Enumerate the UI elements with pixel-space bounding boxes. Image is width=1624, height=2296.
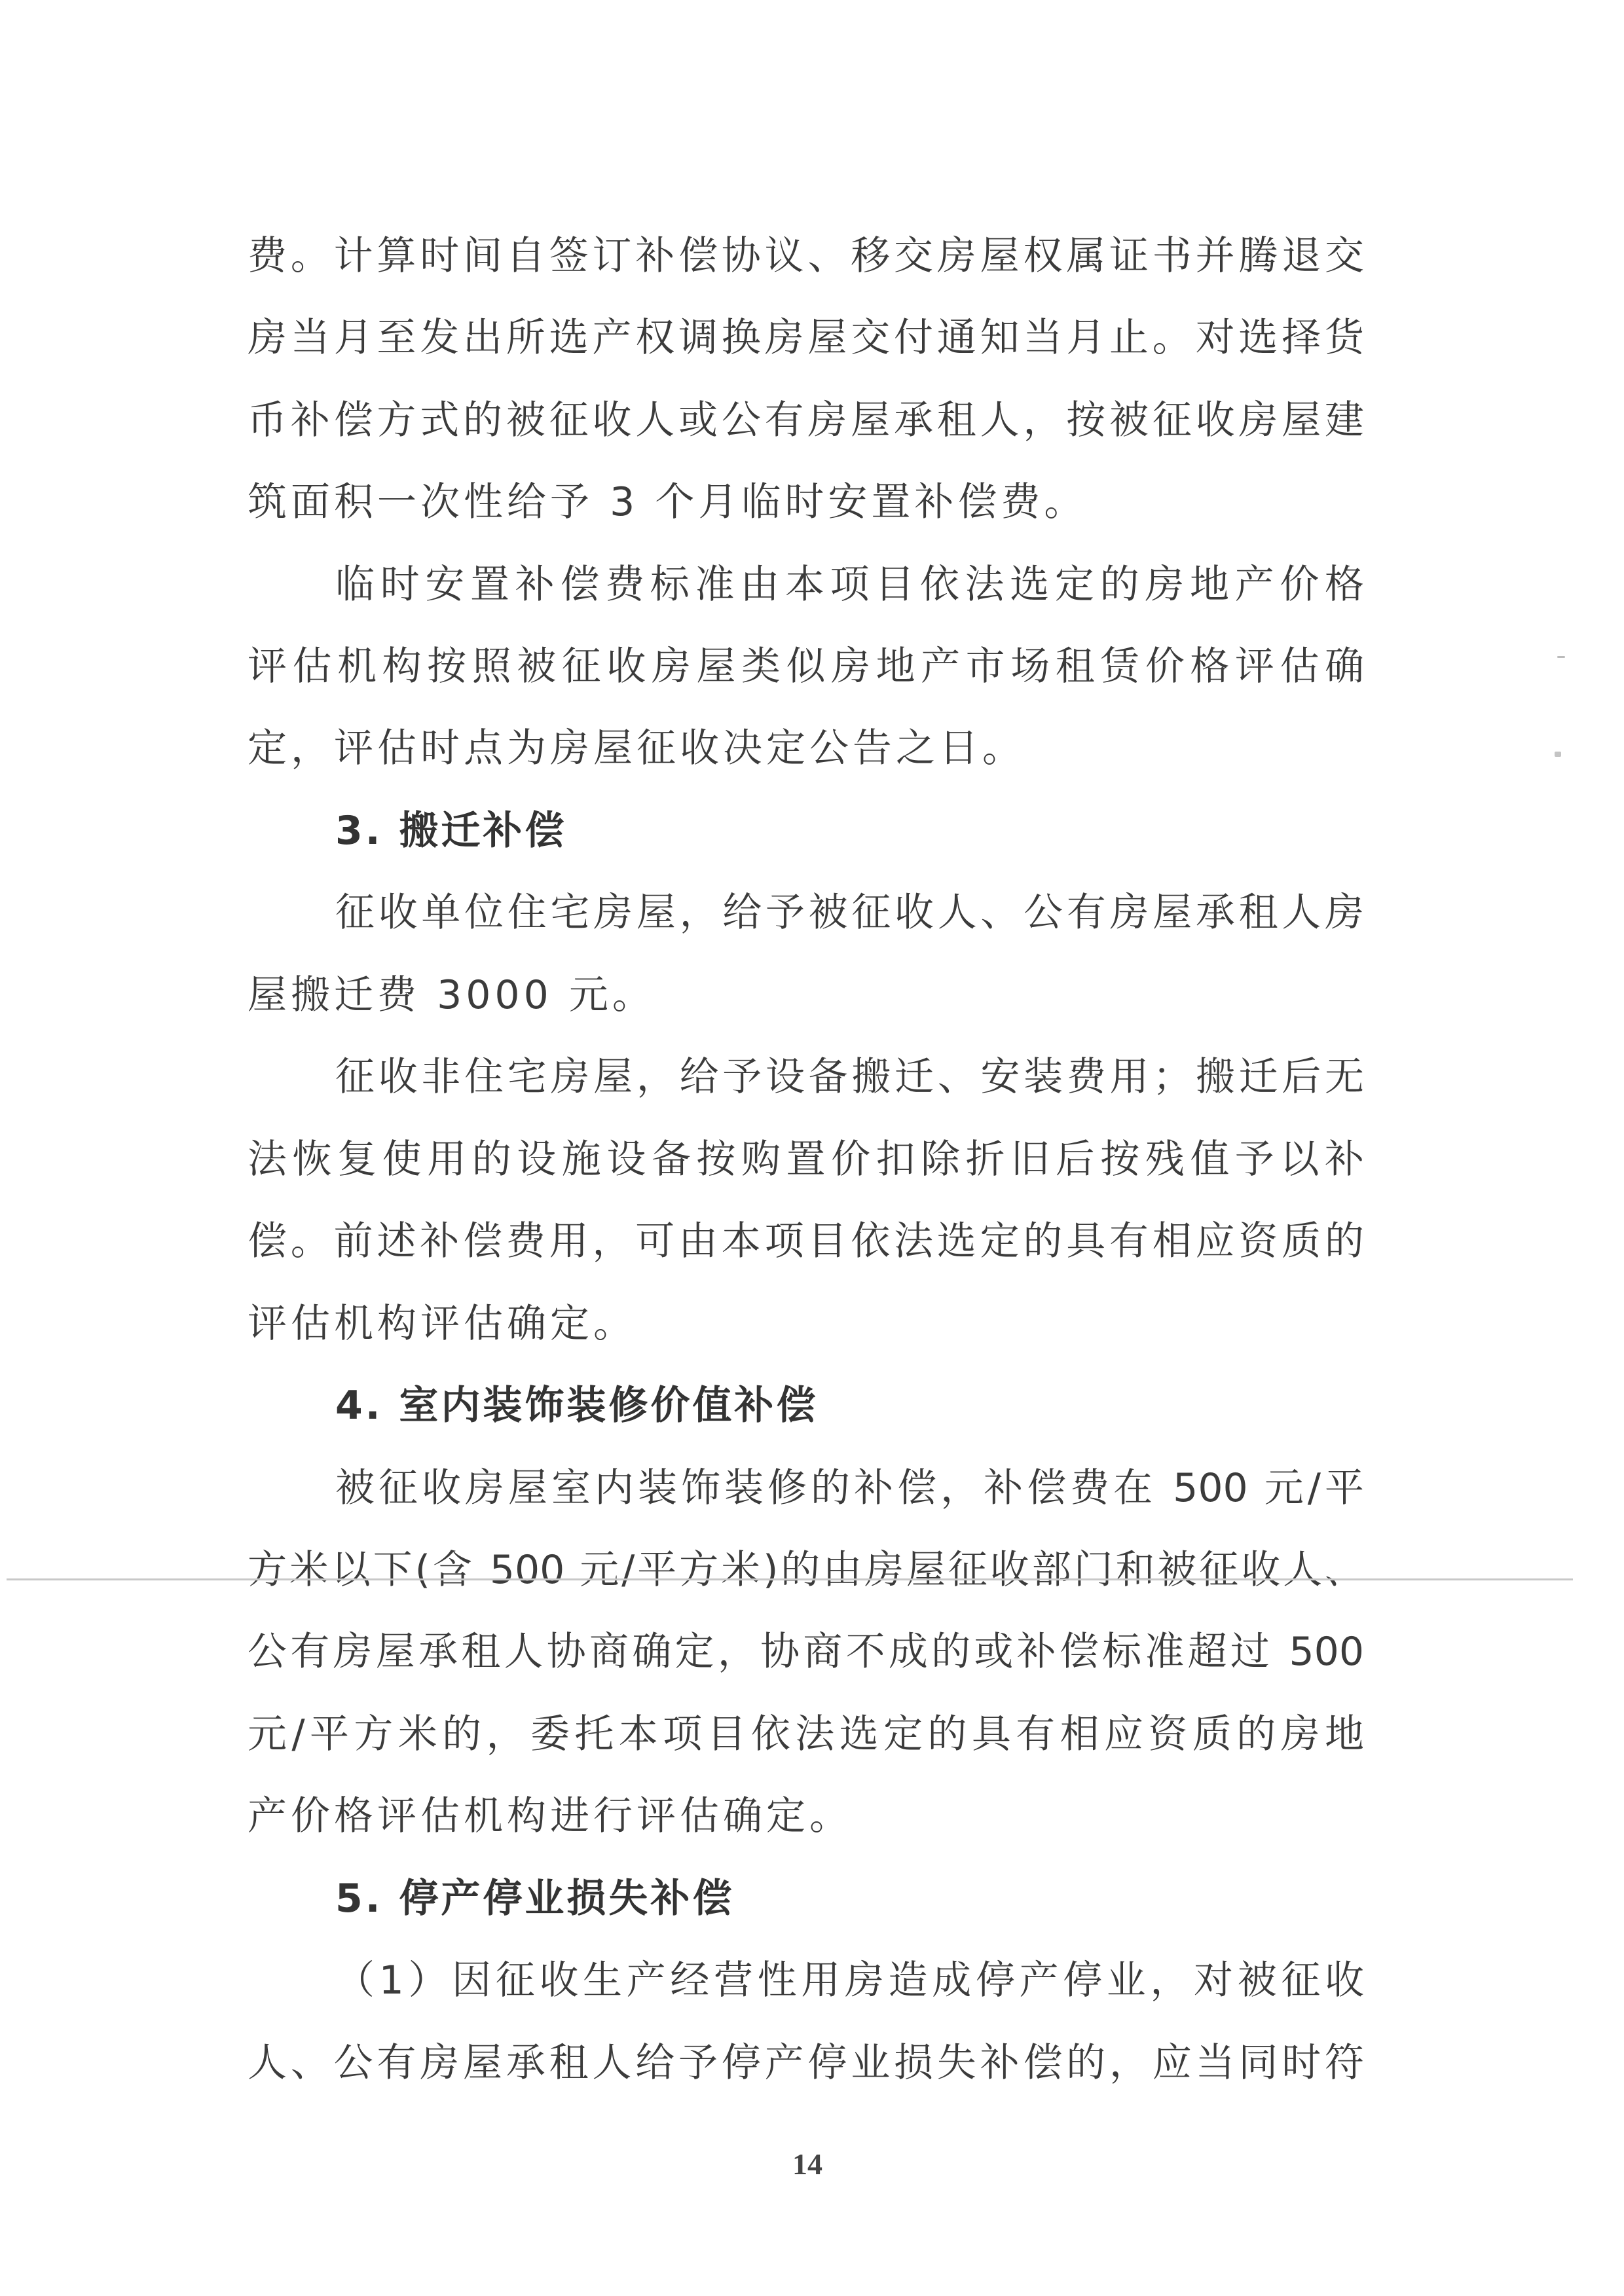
body-line: 方米以下(含 500 元/平方米)的由房屋征收部门和被征收人、: [248, 1547, 1364, 1593]
paragraph-first-line: （1）因征收生产经营性用房造成停产停业，对被征收: [335, 1958, 1364, 2003]
section-heading-business-loss: 5. 停产停业损失补偿: [335, 1876, 734, 1922]
section-heading-decoration: 4. 室内装饰装修价值补偿: [335, 1383, 818, 1429]
document-page: 费。计算时间自签订补偿协议、移交房屋权属证书并腾退交 房当月至发出所选产权调换房…: [0, 0, 1624, 2296]
paragraph-first-line: 被征收房屋室内装饰装修的补偿，补偿费在 500 元/平: [335, 1465, 1364, 1511]
page-number: 14: [786, 2149, 829, 2179]
body-line: 定，评估时点为房屋征收决定公告之日。: [248, 725, 1025, 771]
body-line: 公有房屋承租人协商确定，协商不成的或补偿标准超过 500: [248, 1629, 1364, 1675]
section-heading-relocation: 3. 搬迁补偿: [335, 808, 566, 854]
body-line: 元/平方米的，委托本项目依法选定的具有相应资质的房地: [248, 1711, 1364, 1757]
paragraph-first-line: 临时安置补偿费标准由本项目依法选定的房地产价格: [335, 562, 1364, 608]
scan-artifact-line: [7, 1578, 1573, 1580]
body-line: 评估机构评估确定。: [248, 1301, 637, 1347]
body-line: 房当月至发出所选产权调换房屋交付通知当月止。对选择货: [248, 315, 1364, 361]
body-line: 评估机构按照被征收房屋类似房地产市场租赁价格评估确: [248, 644, 1364, 689]
body-line: 法恢复使用的设施设备按购置价扣除折旧后按残值予以补: [248, 1137, 1364, 1182]
scan-speck: [1555, 752, 1561, 757]
body-line: 币补偿方式的被征收人或公有房屋承租人，按被征收房屋建: [248, 397, 1364, 443]
paragraph-first-line: 征收单位住宅房屋，给予被征收人、公有房屋承租人房: [335, 890, 1364, 936]
body-line: 人、公有房屋承租人给予停产停业损失补偿的，应当同时符: [248, 2040, 1364, 2086]
body-line: 费。计算时间自签订补偿协议、移交房屋权属证书并腾退交: [248, 233, 1364, 279]
paragraph-first-line: 征收非住宅房屋，给予设备搬迁、安装费用；搬迁后无: [335, 1054, 1364, 1100]
body-line: 产价格评估机构进行评估确定。: [248, 1793, 853, 1839]
body-line: 偿。前述补偿费用，可由本项目依法选定的具有相应资质的: [248, 1218, 1364, 1264]
body-line: 筑面积一次性给予 3 个月临时安置补偿费。: [248, 479, 1087, 525]
scan-speck: [1557, 656, 1565, 658]
body-line: 屋搬迁费 3000 元。: [248, 972, 655, 1018]
